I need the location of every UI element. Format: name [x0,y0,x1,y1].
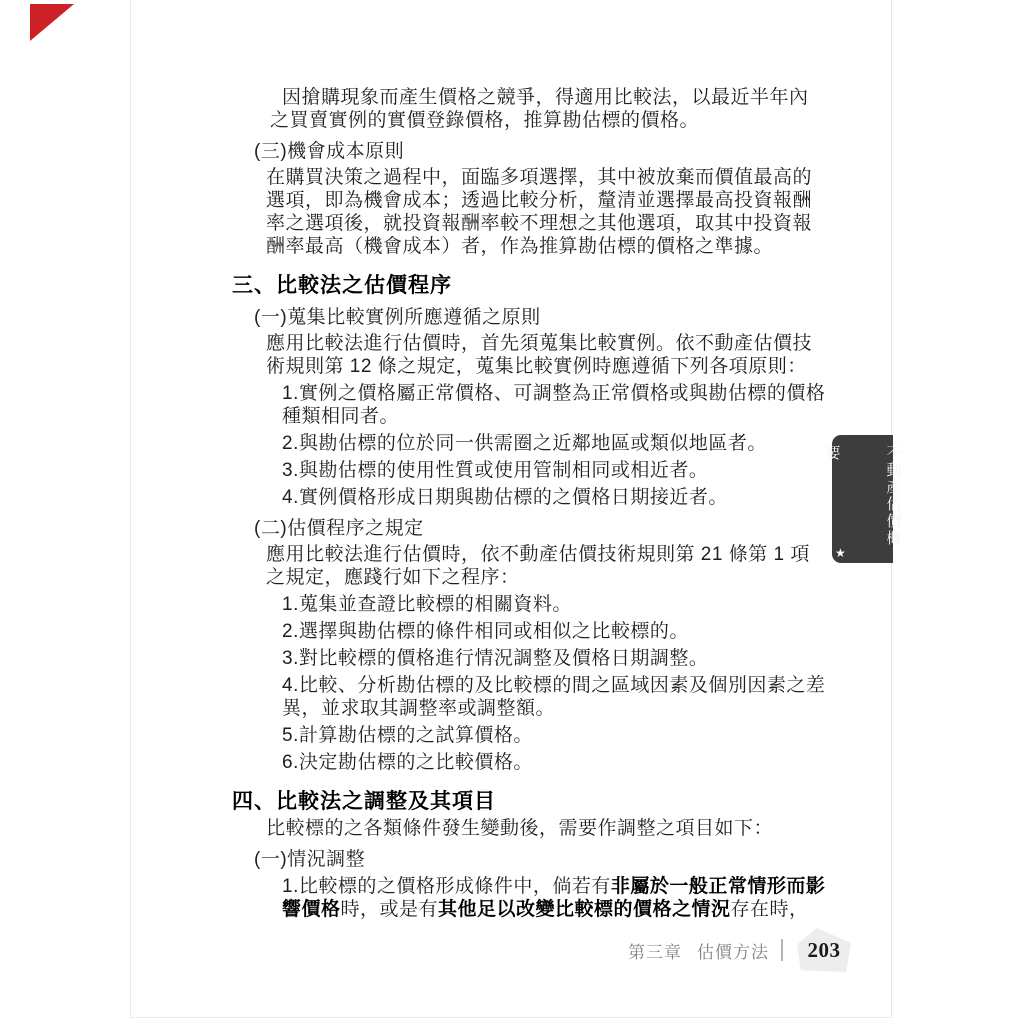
footer-divider [781,939,783,961]
text-line: 術規則第 12 條之規定，蒐集比較實例時應遵循下列各項原則： [266,355,798,378]
text-line: 選項，即為機會成本；透過比較分析，釐清並選擇最高投資報酬 [266,189,798,212]
text-segment: 存在時， [731,899,809,920]
text-line: 3.對比較標的價格進行情況調整及價格日期調整。 [295,647,798,670]
book-page: 因搶購現象而產生價格之競爭，得適用比較法，以最近半年內之買賣實例的實價登錄價格，… [130,0,892,1018]
footer-section-title: 估價方法 [697,938,769,963]
text-line: 應用比較法進行估價時，依不動產估價技術規則第 21 條第 1 項 [266,543,798,566]
text-line: 率之選項後，就投資報酬率較不理想之其他選項，取其中投資報 [266,212,798,235]
text-line: 1.比較標的之價格形成條件中，倘若有非屬於一般正常情形而影 [295,875,798,898]
text-segment: 在購買決策之過程中，面臨多項選擇，其中被放棄而價值最高的 [266,167,812,188]
text-segment: 4.實例價格形成日期與勘估標的之價格日期接近者。 [282,487,728,508]
bold-text-segment: 非屬於一般正常情形而影 [611,876,826,897]
text-segment: 異，並求取其調整率或調整額。 [282,698,555,719]
bold-text-segment: 響價格 [282,899,341,920]
text-line: 響價格時，或是有其他足以改變比較標的價格之情況存在時， [282,898,798,921]
text-line: 異，並求取其調整率或調整額。 [282,697,798,720]
bold-text-segment: 其他足以改變比較標的價格之情況 [438,899,731,920]
text-line: (二)估價程序之規定 [254,517,798,540]
text-segment: 應用比較法進行估價時，依不動產估價技術規則第 21 條第 1 項 [266,544,810,565]
red-corner-triangle [30,4,74,41]
text-line: 四、比較法之調整及其項目 [232,790,798,814]
text-segment: 比較標的之各類條件發生變動後，需要作調整之項目如下： [266,818,773,839]
text-line: 1.實例之價格屬正常價格、可調整為正常價格或與勘估標的價格 [295,382,798,405]
page-footer: 第三章 估價方法 203 [628,928,851,972]
text-segment: (一)情況調整 [254,849,365,870]
text-line: (三)機會成本原則 [254,140,798,163]
text-line: 4.實例價格形成日期與勘估標的之價格日期接近者。 [295,486,798,509]
star-icon: ★ [835,547,846,559]
text-segment: (一)蒐集比較實例所應遵循之原則 [254,307,541,328]
text-line: 2.與勘估標的位於同一供需圈之近鄰地區或類似地區者。 [295,432,798,455]
page-number: 203 [808,938,841,963]
text-line: 3.與勘估標的使用性質或使用管制相同或相近者。 [295,459,798,482]
document-lines: 因搶購現象而產生價格之競爭，得適用比較法，以最近半年內之買賣實例的實價登錄價格，… [232,86,798,921]
text-segment: 1.蒐集並查證比較標的相關資料。 [282,594,572,615]
text-line: 在購買決策之過程中，面臨多項選擇，其中被放棄而價值最高的 [266,166,798,189]
text-segment: 術規則第 12 條之規定，蒐集比較實例時應遵循下列各項原則： [266,356,807,377]
text-segment: 3.對比較標的價格進行情況調整及價格日期調整。 [282,648,708,669]
text-line: (一)蒐集比較實例所應遵循之原則 [254,306,798,329]
text-line: 因搶購現象而產生價格之競爭，得適用比較法，以最近半年內 [282,86,798,109]
text-segment: 5.計算勘估標的之試算價格。 [282,725,533,746]
text-segment: 時，或是有 [341,899,439,920]
text-line: 6.決定勘估標的之比較價格。 [295,751,798,774]
text-segment: 之買賣實例的實價登錄價格，推算勘估標的價格。 [270,110,699,131]
text-line: 1.蒐集並查證比較標的相關資料。 [295,593,798,616]
text-segment: 四、比較法之調整及其項目 [232,790,496,813]
text-segment: 4.比較、分析勘估標的及比較標的間之區域因素及個別因素之差 [282,675,825,696]
text-segment: 酬率最高（機會成本）者，作為推算勘估標的價格之準據。 [266,236,773,257]
text-line: (一)情況調整 [254,848,798,871]
text-segment: 率之選項後，就投資報酬率較不理想之其他選項，取其中投資報 [266,213,812,234]
text-segment: 2.選擇與勘估標的條件相同或相似之比較標的。 [282,621,689,642]
text-segment: 2.與勘估標的位於同一供需圈之近鄰地區或類似地區者。 [282,433,767,454]
text-line: 應用比較法進行估價時，首先須蒐集比較實例。依不動產估價技 [266,332,798,355]
text-segment: 三、比較法之估價程序 [232,274,452,297]
text-segment: 1.比較標的之價格形成條件中，倘若有 [282,876,611,897]
text-line: 之買賣實例的實價登錄價格，推算勘估標的價格。 [270,109,798,132]
house-icon: 203 [797,928,851,972]
text-line: 4.比較、分析勘估標的及比較標的間之區域因素及個別因素之差 [295,674,798,697]
side-tab-title: 不動產估價概要 [802,445,924,563]
text-segment: 因搶購現象而產生價格之競爭，得適用比較法，以最近半年內 [282,87,809,108]
text-segment: 之規定，應踐行如下之程序： [266,567,520,588]
text-segment: 6.決定勘估標的之比較價格。 [282,752,533,773]
text-line: 三、比較法之估價程序 [232,274,798,298]
text-line: 種類相同者。 [282,405,798,428]
text-line: 5.計算勘估標的之試算價格。 [295,724,798,747]
footer-chapter: 第三章 [628,938,682,963]
text-segment: 1.實例之價格屬正常價格、可調整為正常價格或與勘估標的價格 [282,383,825,404]
text-segment: (三)機會成本原則 [254,141,404,162]
text-segment: 種類相同者。 [282,406,399,427]
text-line: 2.選擇與勘估標的條件相同或相似之比較標的。 [295,620,798,643]
text-segment: 應用比較法進行估價時，首先須蒐集比較實例。依不動產估價技 [266,333,812,354]
text-line: 之規定，應踐行如下之程序： [266,566,798,589]
text-segment: 選項，即為機會成本；透過比較分析，釐清並選擇最高投資報酬 [266,190,812,211]
text-line: 比較標的之各類條件發生變動後，需要作調整之項目如下： [266,817,798,840]
text-segment: 3.與勘估標的使用性質或使用管制相同或相近者。 [282,460,708,481]
text-line: 酬率最高（機會成本）者，作為推算勘估標的價格之準據。 [266,235,798,258]
text-segment: (二)估價程序之規定 [254,518,424,539]
chapter-side-tab: 不動產估價概要 ★ [832,435,893,563]
